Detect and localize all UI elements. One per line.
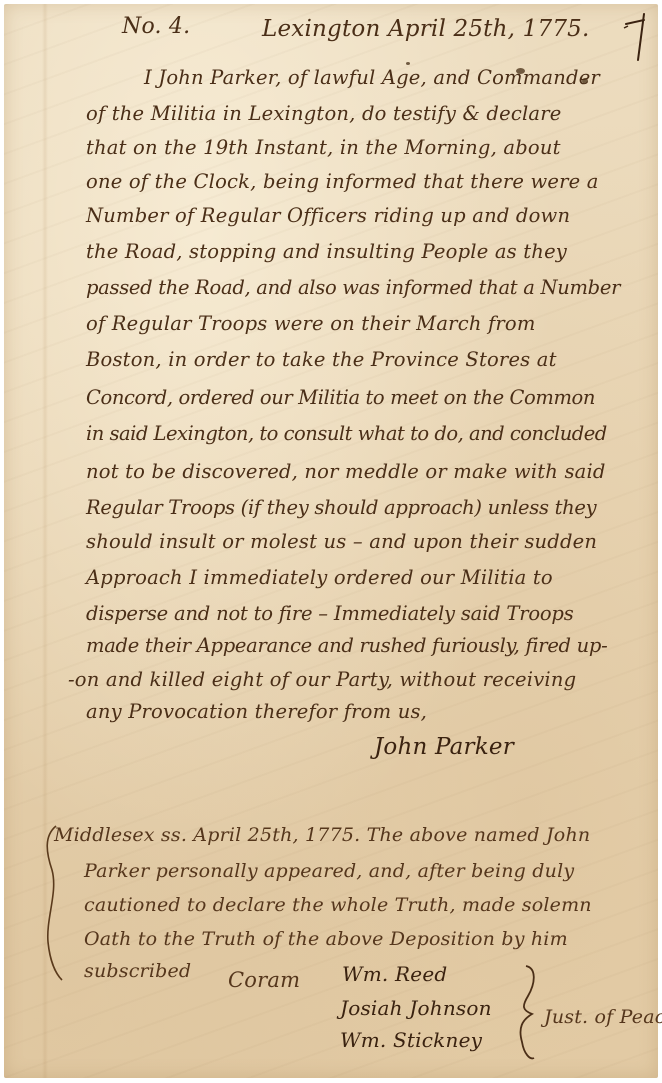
deposition-line: one of the Clock, being informed that th… xyxy=(86,170,599,193)
deposition-line: should insult or molest us – and upon th… xyxy=(86,530,597,553)
place-and-date: Lexington April 25th, 1775. xyxy=(262,16,590,42)
deposition-line: disperse and not to fire – Immediately s… xyxy=(86,602,574,625)
deposition-line: not to be discovered, nor meddle or make… xyxy=(86,460,606,483)
jurat-line: cautioned to declare the whole Truth, ma… xyxy=(84,894,592,916)
justice-signature: Wm. Stickney xyxy=(340,1028,482,1052)
deposition-line: Approach I immediately ordered our Milit… xyxy=(86,566,553,589)
ink-blot xyxy=(406,62,410,65)
right-brace-icon xyxy=(516,962,540,1062)
deposition-line: Number of Regular Officers riding up and… xyxy=(86,204,570,227)
deposition-line: of Regular Troops were on their March fr… xyxy=(86,312,536,335)
deposition-line: Concord, ordered our Militia to meet on … xyxy=(86,386,595,409)
deposition-line: made their Appearance and rushed furious… xyxy=(86,634,607,657)
jurat-line: Parker personally appeared, and, after b… xyxy=(84,860,574,882)
deposition-line: Boston, in order to take the Province St… xyxy=(86,348,557,371)
deposition-line: in said Lexington, to consult what to do… xyxy=(86,422,607,445)
document-number: No. 4. xyxy=(122,14,190,39)
deposition-line: of the Militia in Lexington, do testify … xyxy=(86,102,562,125)
left-bracket-icon xyxy=(38,822,64,982)
deposition-line: that on the 19th Instant, in the Morning… xyxy=(86,136,561,159)
jurat-line: Oath to the Truth of the above Depositio… xyxy=(84,928,568,950)
deponent-signature: John Parker xyxy=(374,734,514,760)
deposition-line: -on and killed eight of our Party, witho… xyxy=(68,668,576,691)
deposition-line: the Road, stopping and insulting People … xyxy=(86,240,567,263)
justice-signature: Wm. Reed xyxy=(342,962,447,986)
deposition-line: passed the Road, and also was informed t… xyxy=(86,276,620,299)
justice-signature: Josiah Johnson xyxy=(340,996,492,1020)
jurat-line: Middlesex ss. April 25th, 1775. The abov… xyxy=(54,824,590,846)
coram-label: Coram xyxy=(228,968,300,992)
justices-title: Just. of Peace. xyxy=(544,1006,662,1028)
manuscript-page: No. 4. Lexington April 25th, 1775. I Joh… xyxy=(4,4,658,1078)
folio-bracket-icon xyxy=(622,10,650,62)
deposition-line: Regular Troops (if they should approach)… xyxy=(86,496,596,519)
jurat-line: subscribed xyxy=(84,960,191,982)
deposition-line: I John Parker, of lawful Age, and Comman… xyxy=(144,66,600,89)
deposition-line: any Provocation therefor from us, xyxy=(86,700,427,723)
